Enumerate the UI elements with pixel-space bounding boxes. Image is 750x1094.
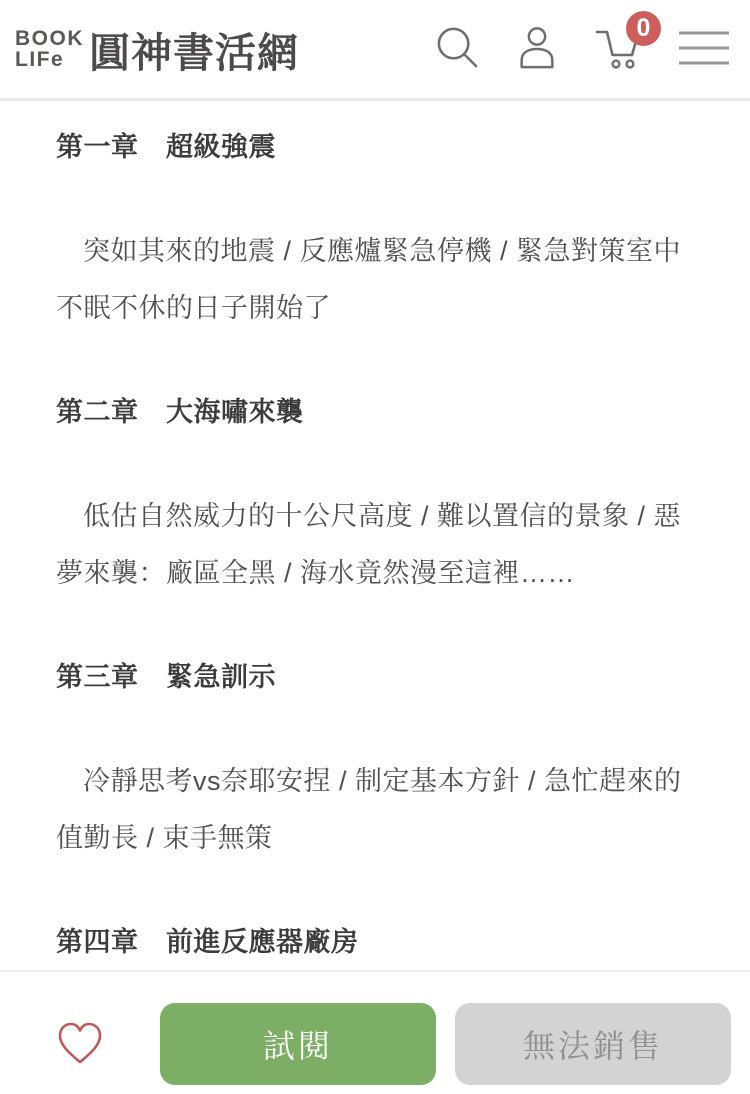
chapter-3-title: 第三章 緊急訓示: [56, 649, 694, 706]
user-icon: [514, 25, 560, 74]
chapter-1-title: 第一章 超級強震: [56, 119, 694, 176]
menu-button[interactable]: [678, 26, 730, 73]
not-for-sale-button[interactable]: 無法銷售: [455, 1003, 731, 1085]
site-title: 圓神書活網: [89, 20, 299, 79]
chapter-1-description: 突如其來的地震 / 反應爐緊急停機 / 緊急對策室中不眠不休的日子開始了: [56, 223, 694, 337]
preview-button[interactable]: 試閱: [160, 1003, 436, 1085]
chapter-4-title: 第四章 前進反應器廠房: [56, 914, 694, 971]
hamburger-menu-icon: [678, 26, 730, 73]
chapter-2-title: 第二章 大海嘯來襲: [56, 384, 694, 441]
favorite-button[interactable]: [19, 1003, 141, 1085]
site-header: BOOK LIFe 圓神書活網: [0, 0, 750, 101]
bottom-action-bar: 試閱 無法銷售: [0, 970, 750, 1094]
site-logo[interactable]: BOOK LIFe 圓神書活網: [15, 20, 299, 79]
chapter-3-description: 冷靜思考vs奈耶安捏 / 制定基本方針 / 急忙趕來的值勤長 / 束手無策: [56, 753, 694, 867]
booklife-logo-text: BOOK LIFe: [15, 28, 84, 70]
cart-count-badge: 0: [626, 11, 661, 46]
cart-button[interactable]: 0: [593, 23, 645, 76]
account-button[interactable]: [514, 25, 560, 74]
header-actions: 0: [434, 23, 730, 76]
chapter-2-description: 低估自然威力的十公尺高度 / 難以置信的景象 / 惡夢來襲：廠區全黑 / 海水竟…: [56, 488, 694, 602]
search-icon: [434, 24, 481, 74]
search-button[interactable]: [434, 24, 481, 74]
heart-icon: [56, 1021, 104, 1068]
table-of-contents: 第一章 超級強震 突如其來的地震 / 反應爐緊急停機 / 緊急對策室中不眠不休的…: [0, 101, 750, 971]
